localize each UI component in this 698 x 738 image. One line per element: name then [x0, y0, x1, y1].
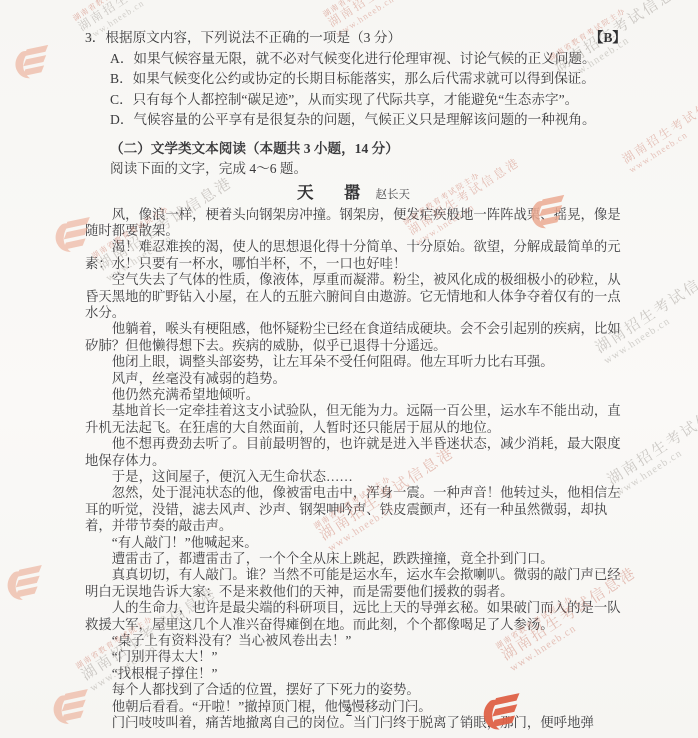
passage-paragraph: 风声，丝毫没有减弱的趋势。	[85, 371, 622, 387]
passage-paragraph: “有人敲门！”他喊起来。	[85, 535, 622, 551]
passage-paragraph: 遭雷击了，都遭雷击了，一个个全从床上跳起，跌跌撞撞，竟全扑到门口。	[85, 551, 622, 567]
page-content: 3．根据原文内容，下列说法不正确的一项是（3 分） 【B】 A．如果气候容量无限…	[85, 28, 622, 732]
reading-title-line: 天 嚣赵长天	[85, 181, 622, 205]
option-d: D．气候容量的公平享有是很复杂的问题，气候正义只是理解该问题的一种视角。	[110, 110, 622, 131]
passage-paragraph: 忽然，处于混沌状态的他，像被雷电击中，浑身一震。一种声音！他转过头，他相信左耳的…	[85, 485, 622, 534]
passage-paragraph: 他仍然充满希望地倾听。	[85, 387, 622, 403]
option-a: A．如果气候容量无限，就不必对气候变化进行伦理审视、讨论气候的正义问题。	[110, 49, 622, 70]
reading-passage: 风，像浪一样，梗着头向钢架房冲撞。钢架房，便发疟疾般地一阵阵战栗、摇晃，像是随时…	[85, 207, 622, 732]
watermark-site-url: www.hneeb.cn	[627, 130, 689, 175]
reading-author: 赵长天	[376, 189, 411, 201]
section-instruction: 阅读下面的文字，完成 4～6 题。	[85, 159, 622, 180]
passage-paragraph: 他躺着，喉头有梗阻感，他怀疑粉尘已经在食道结成硬块。会不会引起别的疾病，比如矽肺…	[85, 321, 622, 354]
passage-paragraph: 空气失去了气体的性质，像液体，厚重而凝滞。粉尘，被风化成的极细极小的砂粒，从昏天…	[85, 272, 622, 321]
option-label: B．	[110, 71, 133, 86]
watermark-org-text: 湖南省教育考试院主办	[322, 0, 402, 19]
watermark-site-url: www.hneeb.cn	[614, 448, 685, 500]
option-label: C．	[110, 92, 133, 107]
option-text: 如果气候变化公约或协定的长期目标能落实，那么后代需求就可以得到保证。	[133, 71, 595, 86]
question-3: 3．根据原文内容，下列说法不正确的一项是（3 分） 【B】	[85, 28, 622, 49]
passage-paragraph: 每个人都找到了合适的位置，摆好了下死力的姿势。	[85, 682, 622, 698]
option-c: C．只有每个人都控制“碳足迹”，从而实现了代际共享，才能避免“生态赤字”。	[110, 90, 622, 111]
passage-paragraph: “找根棍子撑住！”	[85, 666, 622, 682]
passage-paragraph: 于是，这间屋子，便沉入无生命状态……	[85, 469, 622, 485]
passage-paragraph: 他闭上眼，调整头部姿势，让左耳朵不受任何阻碍。他左耳听力比右耳强。	[85, 354, 622, 370]
watermark-org-text: 湖南省教育考试院主办	[72, 0, 152, 23]
watermark-site-name: 湖南招生考试信息港	[326, 0, 443, 30]
option-label: D．	[110, 112, 133, 127]
passage-paragraph: 人的生命力，也许是最尖端的科研项目，远比上天的导弹玄秘。如果破门而入的是一队救援…	[85, 600, 622, 633]
passage-paragraph: 渴！难忍难挨的渴，使人的思想退化得十分简单、十分原始。欲望，分解成最简单的元素：…	[85, 239, 622, 272]
watermark-site-name: 湖南招生考试信息港	[620, 84, 698, 166]
option-text: 气候容量的公平享有是很复杂的问题，气候正义只是理解该问题的一种视角。	[133, 112, 595, 127]
option-text: 只有每个人都控制“碳足迹”，从而实现了代际共享，才能避免“生态赤字”。	[133, 92, 579, 107]
section-heading: （二）文学类文本阅读（本题共 3 小题，14 分）	[85, 139, 622, 160]
passage-paragraph: 他不想再费劲去听了。目前最明智的，也许就是进入半昏迷状态，减少消耗，最大限度地保…	[85, 436, 622, 469]
passage-paragraph: 真真切切，有人敲门。谁？当然不可能是运水车，运水车会揿喇叭。微弱的敲门声已经明白…	[85, 567, 622, 600]
option-text: 如果气候容量无限，就不必对气候变化进行伦理审视、讨论气候的正义问题。	[133, 51, 595, 66]
hneeb-logo-icon	[4, 562, 50, 608]
option-b: B．如果气候变化公约或协定的长期目标能落实，那么后代需求就可以得到保证。	[110, 69, 622, 90]
passage-paragraph: “门别开得太大！”	[85, 649, 622, 665]
hneeb-logo-icon	[12, 42, 56, 86]
option-label: A．	[110, 51, 133, 66]
passage-paragraph: 基地首长一定牵挂着这支小试验队，但无能为力。远隔一百公里，运水车不能出动，直升机…	[85, 403, 622, 436]
question-options: A．如果气候容量无限，就不必对气候变化进行伦理审视、讨论气候的正义问题。 B．如…	[85, 49, 622, 131]
question-number: 3．	[85, 30, 105, 45]
reading-title: 天 嚣	[297, 183, 368, 202]
page-number: 2	[0, 704, 698, 720]
answer-mark: 【B】	[590, 28, 626, 49]
passage-paragraph: “桌子上有资料没有？当心被风卷出去！”	[85, 633, 622, 649]
exam-paper-page: 湖南省教育考试院主办 湖南招生考试信息港 www.hneeb.cn 湖南省教育考…	[0, 0, 698, 738]
question-stem: 根据原文内容，下列说法不正确的一项是（3 分）	[105, 30, 401, 45]
site-watermark: 湖南招生考试信息港 www.hneeb.cn	[620, 84, 698, 175]
passage-paragraph: 风，像浪一样，梗着头向钢架房冲撞。钢架房，便发疟疾般地一阵阵战栗、摇晃，像是随时…	[85, 207, 622, 240]
